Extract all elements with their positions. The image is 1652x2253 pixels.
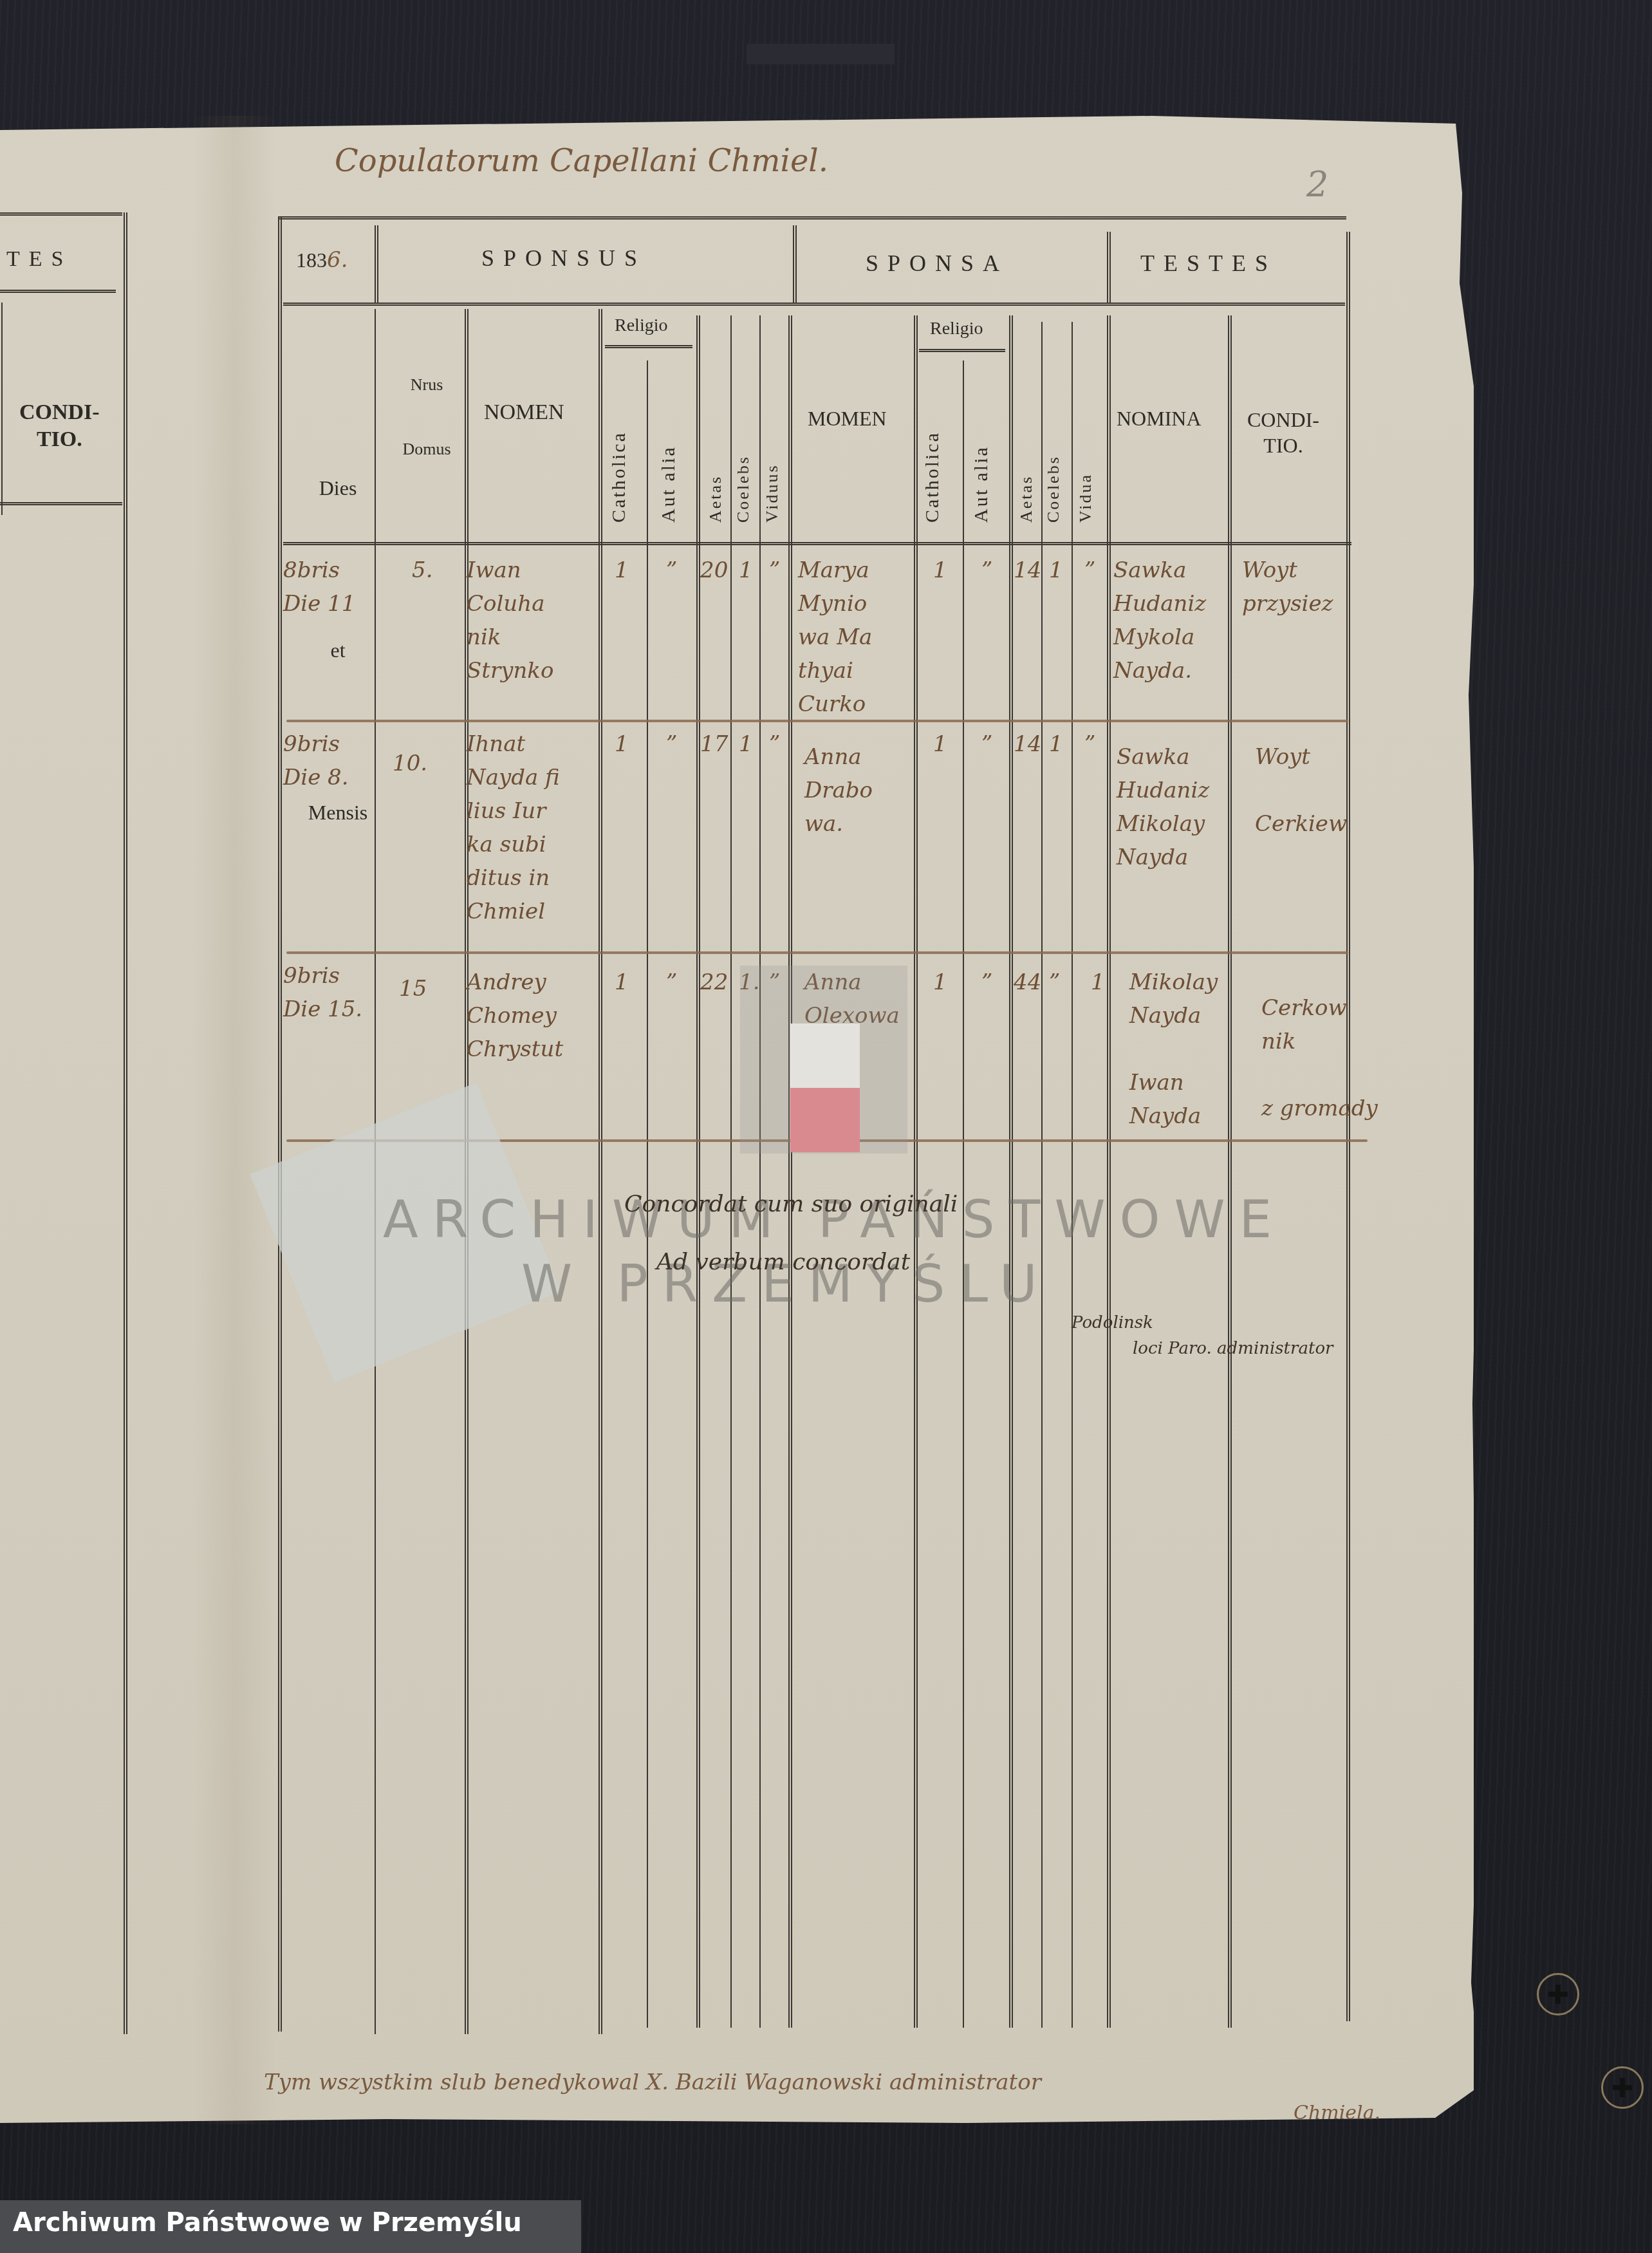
archive-footer-label: Archiwum Państwowe w Przemyślu xyxy=(13,2208,522,2238)
screw-icon xyxy=(1537,1973,1579,2015)
col-sponsus-coelebs: Coelebs xyxy=(734,455,753,523)
left-header-rule xyxy=(0,290,116,293)
register-heading: Copulatorum Capellani Chmiel. xyxy=(335,143,828,179)
col-testes-conditio: CONDI- TIO. xyxy=(1247,407,1319,458)
cell-date: 9bris Die 15. xyxy=(283,959,362,1026)
signature-line-2: loci Paro. administrator xyxy=(1133,1339,1333,1358)
cell-house-no: 10. xyxy=(393,747,427,780)
year-suffix: 6. xyxy=(327,247,348,273)
group-testes: TESTES xyxy=(1140,250,1277,277)
col-line-sponsa-vidua xyxy=(1107,315,1111,2028)
left-col-line xyxy=(1,303,3,515)
cell-house-no: 15 xyxy=(399,972,427,1005)
cell-groom-single: 1 xyxy=(739,554,753,587)
group-sponsus: SPONSUS xyxy=(481,245,646,272)
cell-bride-age: 14 xyxy=(1014,727,1041,761)
col-testes-nomina: NOMINA xyxy=(1117,407,1202,431)
cell-groom-name: Iwan Coluha nik Strynko xyxy=(467,554,553,687)
cell-groom-catholic: 1 xyxy=(615,966,629,999)
cell-witness-condition: Woyt przysiez xyxy=(1242,554,1333,621)
col-line-nomen xyxy=(599,309,602,2034)
cell-witnesses: Mikolay Nayda Iwan Nayda xyxy=(1129,966,1218,1133)
col-sponsus-catholica: Catholica xyxy=(608,431,630,523)
cell-witness-condition: Cerkow nik z gromady xyxy=(1261,991,1378,1125)
cell-witnesses: Sawka Hudaniz Mykola Nayda. xyxy=(1113,554,1206,687)
col-domus: Domus xyxy=(385,417,469,481)
cell-date: 9bris Die 8. xyxy=(283,727,349,794)
table-left-border xyxy=(278,216,282,2032)
col-sponsa-religio: Religio xyxy=(930,319,983,339)
col-sponsus-viduus: Viduus xyxy=(763,463,782,523)
cell-bride-single: 1 xyxy=(1049,727,1063,761)
left-top-rule xyxy=(0,212,122,216)
year-printed: 183 xyxy=(296,248,327,272)
cell-bride-other: ” xyxy=(981,727,992,761)
cell-groom-catholic: 1 xyxy=(615,554,629,587)
cell-groom-age: 22 xyxy=(700,966,728,999)
cell-bride-age: 44 xyxy=(1014,966,1041,999)
group-header-rule xyxy=(283,303,1345,306)
col-nrus: Nrus xyxy=(385,353,469,417)
col-et: et xyxy=(302,623,373,677)
sponsus-divider xyxy=(793,225,797,303)
col-sponsus-religio: Religio xyxy=(615,315,667,336)
row-separator-2 xyxy=(286,951,1348,954)
left-border xyxy=(124,212,127,2034)
col-sponsa-nomen: MOMEN xyxy=(808,407,887,431)
cell-groom-other: ” xyxy=(666,727,677,761)
cell-bride-widow: ” xyxy=(1084,554,1095,587)
cell-bride-catholic: 1 xyxy=(933,554,947,587)
cell-groom-widower: ” xyxy=(769,727,780,761)
sponsa-religio-rule xyxy=(919,349,1005,352)
col-line-nomina xyxy=(1228,315,1232,2028)
cell-date: 8bris Die 11 xyxy=(283,554,355,621)
sponsa-divider xyxy=(1107,232,1111,303)
cell-bride-widow: ” xyxy=(1084,727,1095,761)
left-header-partial: TES xyxy=(6,247,72,272)
left-header-bottom-rule xyxy=(0,502,122,505)
watermark-flag-icon xyxy=(790,1024,860,1152)
page-gutter xyxy=(193,116,277,2124)
signature-line-1: Podolinsk xyxy=(1072,1313,1153,1332)
col-line-aetas xyxy=(730,315,732,2028)
table-top-rule xyxy=(278,216,1346,220)
cell-bride-single: ” xyxy=(1049,966,1060,999)
cell-witnesses: Sawka Hudaniz Mikolay Nayda xyxy=(1117,740,1209,874)
page-number: 2 xyxy=(1306,164,1328,205)
screw-icon xyxy=(1601,2066,1644,2109)
col-sponsa-vidua: Vidua xyxy=(1076,473,1095,523)
col-sponsa-coelebs: Coelebs xyxy=(1044,455,1063,523)
cell-groom-single: 1 xyxy=(739,727,753,761)
table-right-border xyxy=(1346,232,1350,2021)
cell-groom-other: ” xyxy=(666,554,677,587)
binder-tab xyxy=(747,44,895,64)
cell-bride-other: ” xyxy=(981,554,992,587)
cell-groom-catholic: 1 xyxy=(615,727,629,761)
cell-house-no: 5. xyxy=(412,554,432,587)
group-sponsa: SPONSA xyxy=(866,250,1008,277)
col-nrus-domus: Nrus Domus xyxy=(385,353,469,481)
cell-groom-name: Andrey Chomey Chrystut xyxy=(467,966,563,1066)
col-dies-et-mensis: Dies et Mensis xyxy=(302,353,373,948)
cell-groom-widower: ” xyxy=(769,554,780,587)
cell-bride-catholic: 1 xyxy=(933,727,947,761)
cell-bride-name: Marya Mynio wa Ma thyai Curko xyxy=(798,554,872,721)
cell-bride-age: 14 xyxy=(1014,554,1041,587)
col-line-sponsa-aetas xyxy=(1041,322,1043,2028)
col-line-viduus xyxy=(788,315,792,2028)
cell-bride-widow: 1 xyxy=(1091,966,1105,999)
cell-groom-age: 17 xyxy=(700,727,728,761)
col-line-coelebs xyxy=(759,315,761,2028)
cell-bride-other: ” xyxy=(981,966,992,999)
col-sponsus-nomen: NOMEN xyxy=(484,400,564,425)
col-line-sponsa-nomen xyxy=(914,315,918,2028)
sponsus-religio-rule xyxy=(605,345,692,348)
bottom-note-line-1: Tym wszystkim slub benedykowal X. Bazili… xyxy=(264,2070,1041,2095)
col-dies: Dies xyxy=(302,461,373,515)
cell-witness-condition: Woyt Cerkiew xyxy=(1255,740,1347,841)
cell-bride-catholic: 1 xyxy=(933,966,947,999)
cell-bride-name: Anna Drabo wa. xyxy=(804,740,873,841)
col-line-sponsa-aut-alia xyxy=(1009,315,1013,2028)
bottom-note-line-2: Chmiela. xyxy=(1294,2102,1380,2124)
year-label: 1836. xyxy=(296,247,348,273)
cell-groom-age: 20 xyxy=(700,554,728,587)
col-sponsa-aetas: Aetas xyxy=(1017,475,1036,523)
col-line-sponsa-coelebs xyxy=(1072,322,1073,2028)
cell-groom-name: Ihnat Nayda fi lius Iur ka subi ditus in… xyxy=(467,727,560,928)
col-sponsus-aut-alia: Aut alia xyxy=(658,445,680,523)
col-sponsa-aut-alia: Aut alia xyxy=(970,445,992,523)
certification-line-1: Concordat cum suo originali xyxy=(624,1191,958,1217)
year-divider xyxy=(375,225,378,303)
left-condition-header: CONDI- TIO. xyxy=(19,399,100,453)
column-header-rule xyxy=(283,542,1351,545)
flag-white-stripe xyxy=(790,1024,860,1088)
col-sponsus-aetas: Aetas xyxy=(706,475,725,523)
col-sponsa-catholica: Catholica xyxy=(922,431,943,523)
flag-red-stripe xyxy=(790,1088,860,1152)
cell-bride-single: 1 xyxy=(1049,554,1063,587)
certification-line-2: Ad verbum concordat xyxy=(656,1249,910,1275)
cell-groom-other: ” xyxy=(666,966,677,999)
